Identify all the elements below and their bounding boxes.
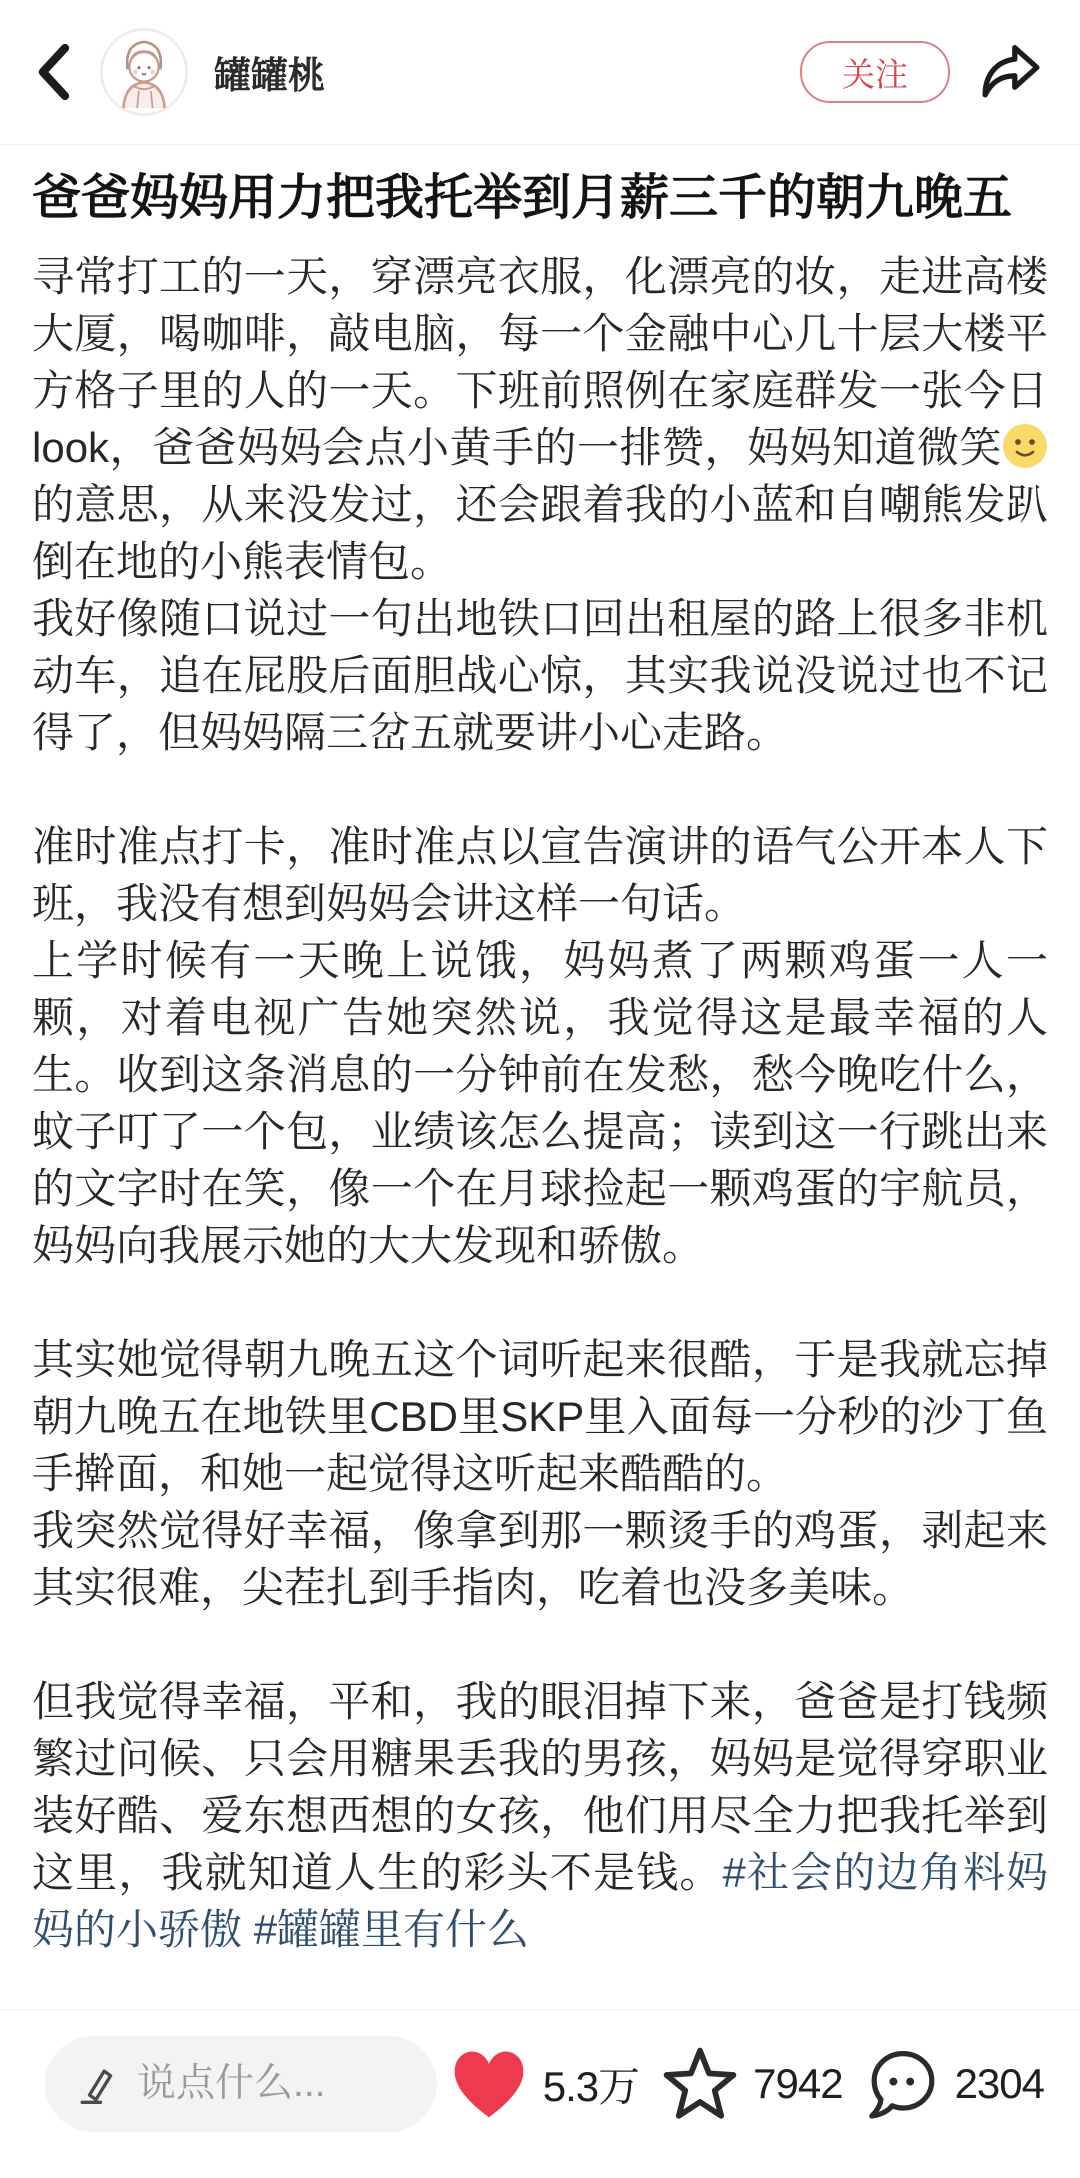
- star-collect-icon: [659, 2044, 741, 2124]
- follow-button[interactable]: 关注: [800, 41, 950, 103]
- back-button[interactable]: [30, 37, 86, 107]
- paragraph-spacer: [32, 1616, 1048, 1673]
- avatar-illustration: [101, 29, 187, 115]
- like-button[interactable]: 5.3万: [447, 2044, 639, 2124]
- paragraph-spacer: [32, 761, 1048, 818]
- post-content: 爸爸妈妈用力把我托举到月薪三千的朝九晚五 寻常打工的一天，穿漂亮衣服，化漂亮的妆…: [0, 146, 1080, 2008]
- comment-bubble-icon: [863, 2044, 943, 2124]
- pencil-icon: [73, 2062, 117, 2106]
- paragraph-text: 的意思，从来没发过，还会跟着我的小蓝和自嘲熊发趴倒在地的小熊表情包。: [32, 481, 1048, 585]
- engagement-stats: 5.3万 7942 2304: [447, 2036, 1044, 2132]
- share-button[interactable]: [972, 33, 1050, 111]
- collect-button[interactable]: 7942: [659, 2044, 842, 2124]
- slightly-smiling-face-emoji: [1002, 423, 1048, 469]
- post-paragraph: 我好像随口说过一句出地铁口回出租屋的路上很多非机动车，追在屁股后面胆战心惊，其实…: [32, 590, 1048, 761]
- post-title: 爸爸妈妈用力把我托举到月薪三千的朝九晚五: [32, 166, 1048, 230]
- avatar[interactable]: [100, 28, 188, 116]
- comment-count: 2304: [955, 2060, 1044, 2108]
- post-paragraph: 其实她觉得朝九晚五这个词听起来很酷，于是我就忘掉朝九晚五在地铁里CBD里SKP里…: [32, 1331, 1048, 1502]
- hashtag-link[interactable]: #罐罐里有什么: [254, 1906, 529, 1953]
- comment-entry[interactable]: [45, 2036, 437, 2132]
- comment-button[interactable]: 2304: [863, 2044, 1044, 2124]
- like-count: 5.3万: [543, 2054, 639, 2114]
- post-paragraph: 寻常打工的一天，穿漂亮衣服，化漂亮的妆，走进高楼大厦，喝咖啡，敲电脑，每一个金融…: [32, 248, 1048, 590]
- post-paragraph: 准时准点打卡，准时准点以宣告演讲的语气公开本人下班，我没有想到妈妈会讲这样一句话…: [32, 818, 1048, 932]
- comment-input[interactable]: [135, 2061, 419, 2107]
- collect-count: 7942: [753, 2060, 842, 2108]
- hashtag-separator: [242, 1906, 254, 1953]
- paragraph-spacer: [32, 1274, 1048, 1331]
- post-paragraph: 上学时候有一天晚上说饿，妈妈煮了两颗鸡蛋一人一颗，对着电视广告她突然说，我觉得这…: [32, 932, 1048, 1274]
- follow-button-label: 关注: [842, 49, 908, 96]
- heart-like-icon: [447, 2044, 531, 2124]
- bottom-action-bar: 5.3万 7942 2304: [0, 2009, 1080, 2178]
- paragraph-text: 寻常打工的一天，穿漂亮衣服，化漂亮的妆，走进高楼大厦，喝咖啡，敲电脑，每一个金融…: [32, 253, 1048, 471]
- post-paragraph: 但我觉得幸福，平和，我的眼泪掉下来，爸爸是打钱频繁过问候、只会用糖果丢我的男孩，…: [32, 1673, 1048, 1958]
- share-arrow-icon: [973, 34, 1049, 110]
- post-paragraph: 我突然觉得好幸福，像拿到那一颗烫手的鸡蛋，剥起来其实很难，尖茬扎到手指肉，吃着也…: [32, 1502, 1048, 1616]
- back-chevron-icon: [30, 37, 76, 107]
- top-bar: 罐罐桃 关注: [0, 0, 1080, 145]
- username[interactable]: 罐罐桃: [214, 45, 325, 99]
- post-body: 寻常打工的一天，穿漂亮衣服，化漂亮的妆，走进高楼大厦，喝咖啡，敲电脑，每一个金融…: [32, 248, 1048, 1958]
